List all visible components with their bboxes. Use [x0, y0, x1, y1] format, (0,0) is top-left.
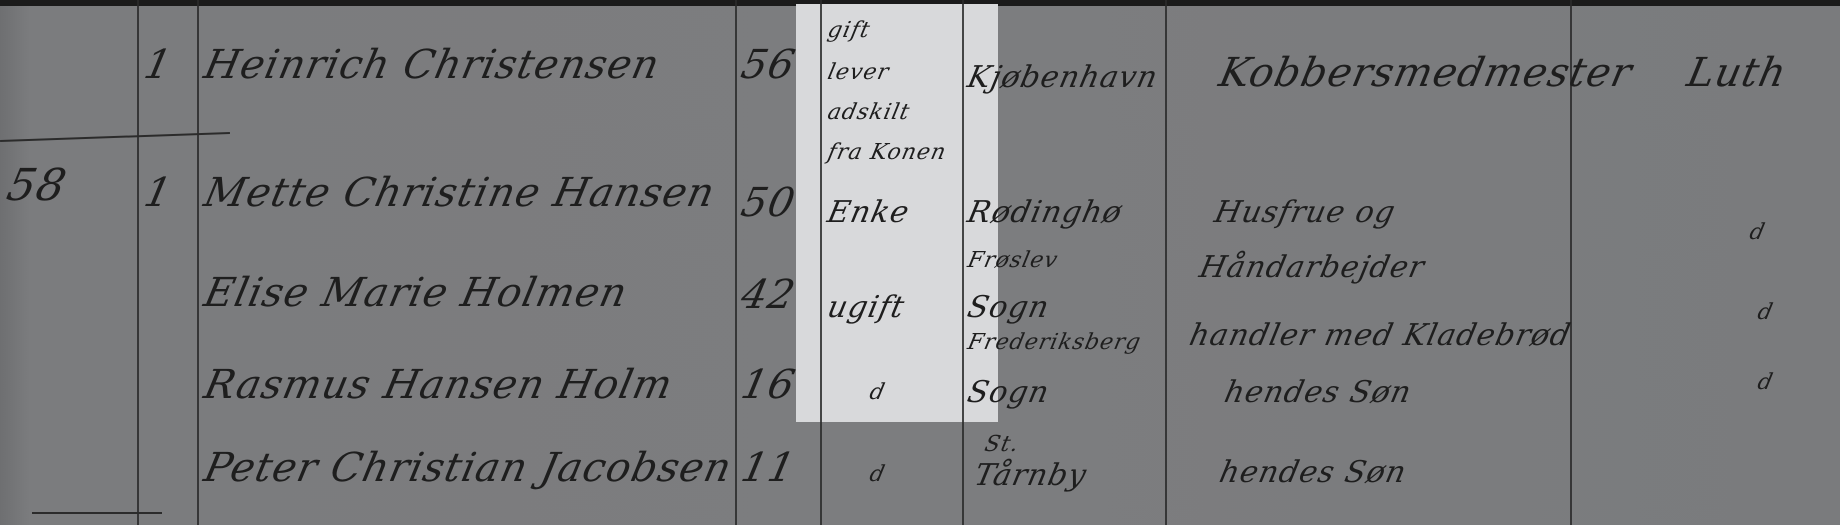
row-2-religion: d — [1747, 220, 1767, 245]
row-1-name: Heinrich Christensen — [200, 42, 664, 88]
row-1-occupation: Kobbersmedmester — [1215, 50, 1636, 96]
row-3-age: 42 — [737, 272, 800, 318]
row-2-name: Mette Christine Hansen — [200, 170, 719, 216]
row-3-occupation: handler med Kladebrød — [1186, 318, 1574, 353]
column-rule-2 — [197, 0, 199, 525]
row-1-civil-status-4: fra Konen — [825, 140, 949, 165]
row-2-household-count: 1 — [140, 170, 176, 216]
row-4-name: Rasmus Hansen Holm — [200, 362, 677, 408]
row-2-occupation: Husfrue og — [1211, 195, 1399, 230]
row-1-religion: Luth — [1683, 50, 1791, 96]
row-2-civil-status: Enke — [824, 195, 913, 230]
household-separator-bottom — [32, 512, 162, 514]
row-1-civil-status-1: gift — [825, 18, 872, 43]
row-4-religion: d — [1755, 370, 1775, 395]
column-rule-4 — [820, 0, 822, 525]
row-4-age: 16 — [737, 362, 800, 408]
household-separator-top — [0, 132, 230, 142]
row-4-birthplace-1: Frederiksberg — [965, 330, 1143, 355]
register-page: 58 1 Heinrich Christensen 56 gift lever … — [0, 0, 1840, 525]
column-rule-1 — [137, 0, 139, 525]
row-5-birthplace-2: Tårnby — [971, 458, 1090, 493]
column-rule-5 — [962, 0, 964, 525]
row-1-household-count: 1 — [140, 42, 176, 88]
row-3-birthplace-2: Sogn — [964, 290, 1053, 325]
row-3-birthplace-1: Frøslev — [965, 248, 1060, 273]
row-5-age: 11 — [737, 445, 800, 491]
row-1-civil-status-2: lever — [825, 60, 891, 85]
row-4-birthplace-2: Sogn — [964, 375, 1053, 410]
row-2-age: 50 — [737, 180, 800, 226]
row-5-name: Peter Christian Jacobsen — [200, 445, 736, 491]
row-5-occupation: hendes Søn — [1216, 455, 1410, 490]
row-3-religion: d — [1755, 300, 1775, 325]
column-rule-6 — [1165, 0, 1167, 525]
household-number: 58 — [3, 160, 72, 211]
row-3-name: Elise Marie Holmen — [200, 270, 632, 316]
row-1-civil-status-3: adskilt — [825, 100, 912, 125]
row-4-occupation: hendes Søn — [1221, 375, 1415, 410]
row-2-occupation-line-2: Håndarbejder — [1196, 250, 1428, 285]
row-3-civil-status: ugift — [824, 290, 908, 325]
row-5-civil-status: d — [867, 462, 887, 487]
row-1-birthplace: Kjøbenhavn — [964, 60, 1161, 95]
row-5-birthplace-1: St. — [982, 432, 1021, 457]
row-1-age: 56 — [737, 42, 800, 88]
row-2-birthplace: Rødinghø — [964, 195, 1125, 230]
